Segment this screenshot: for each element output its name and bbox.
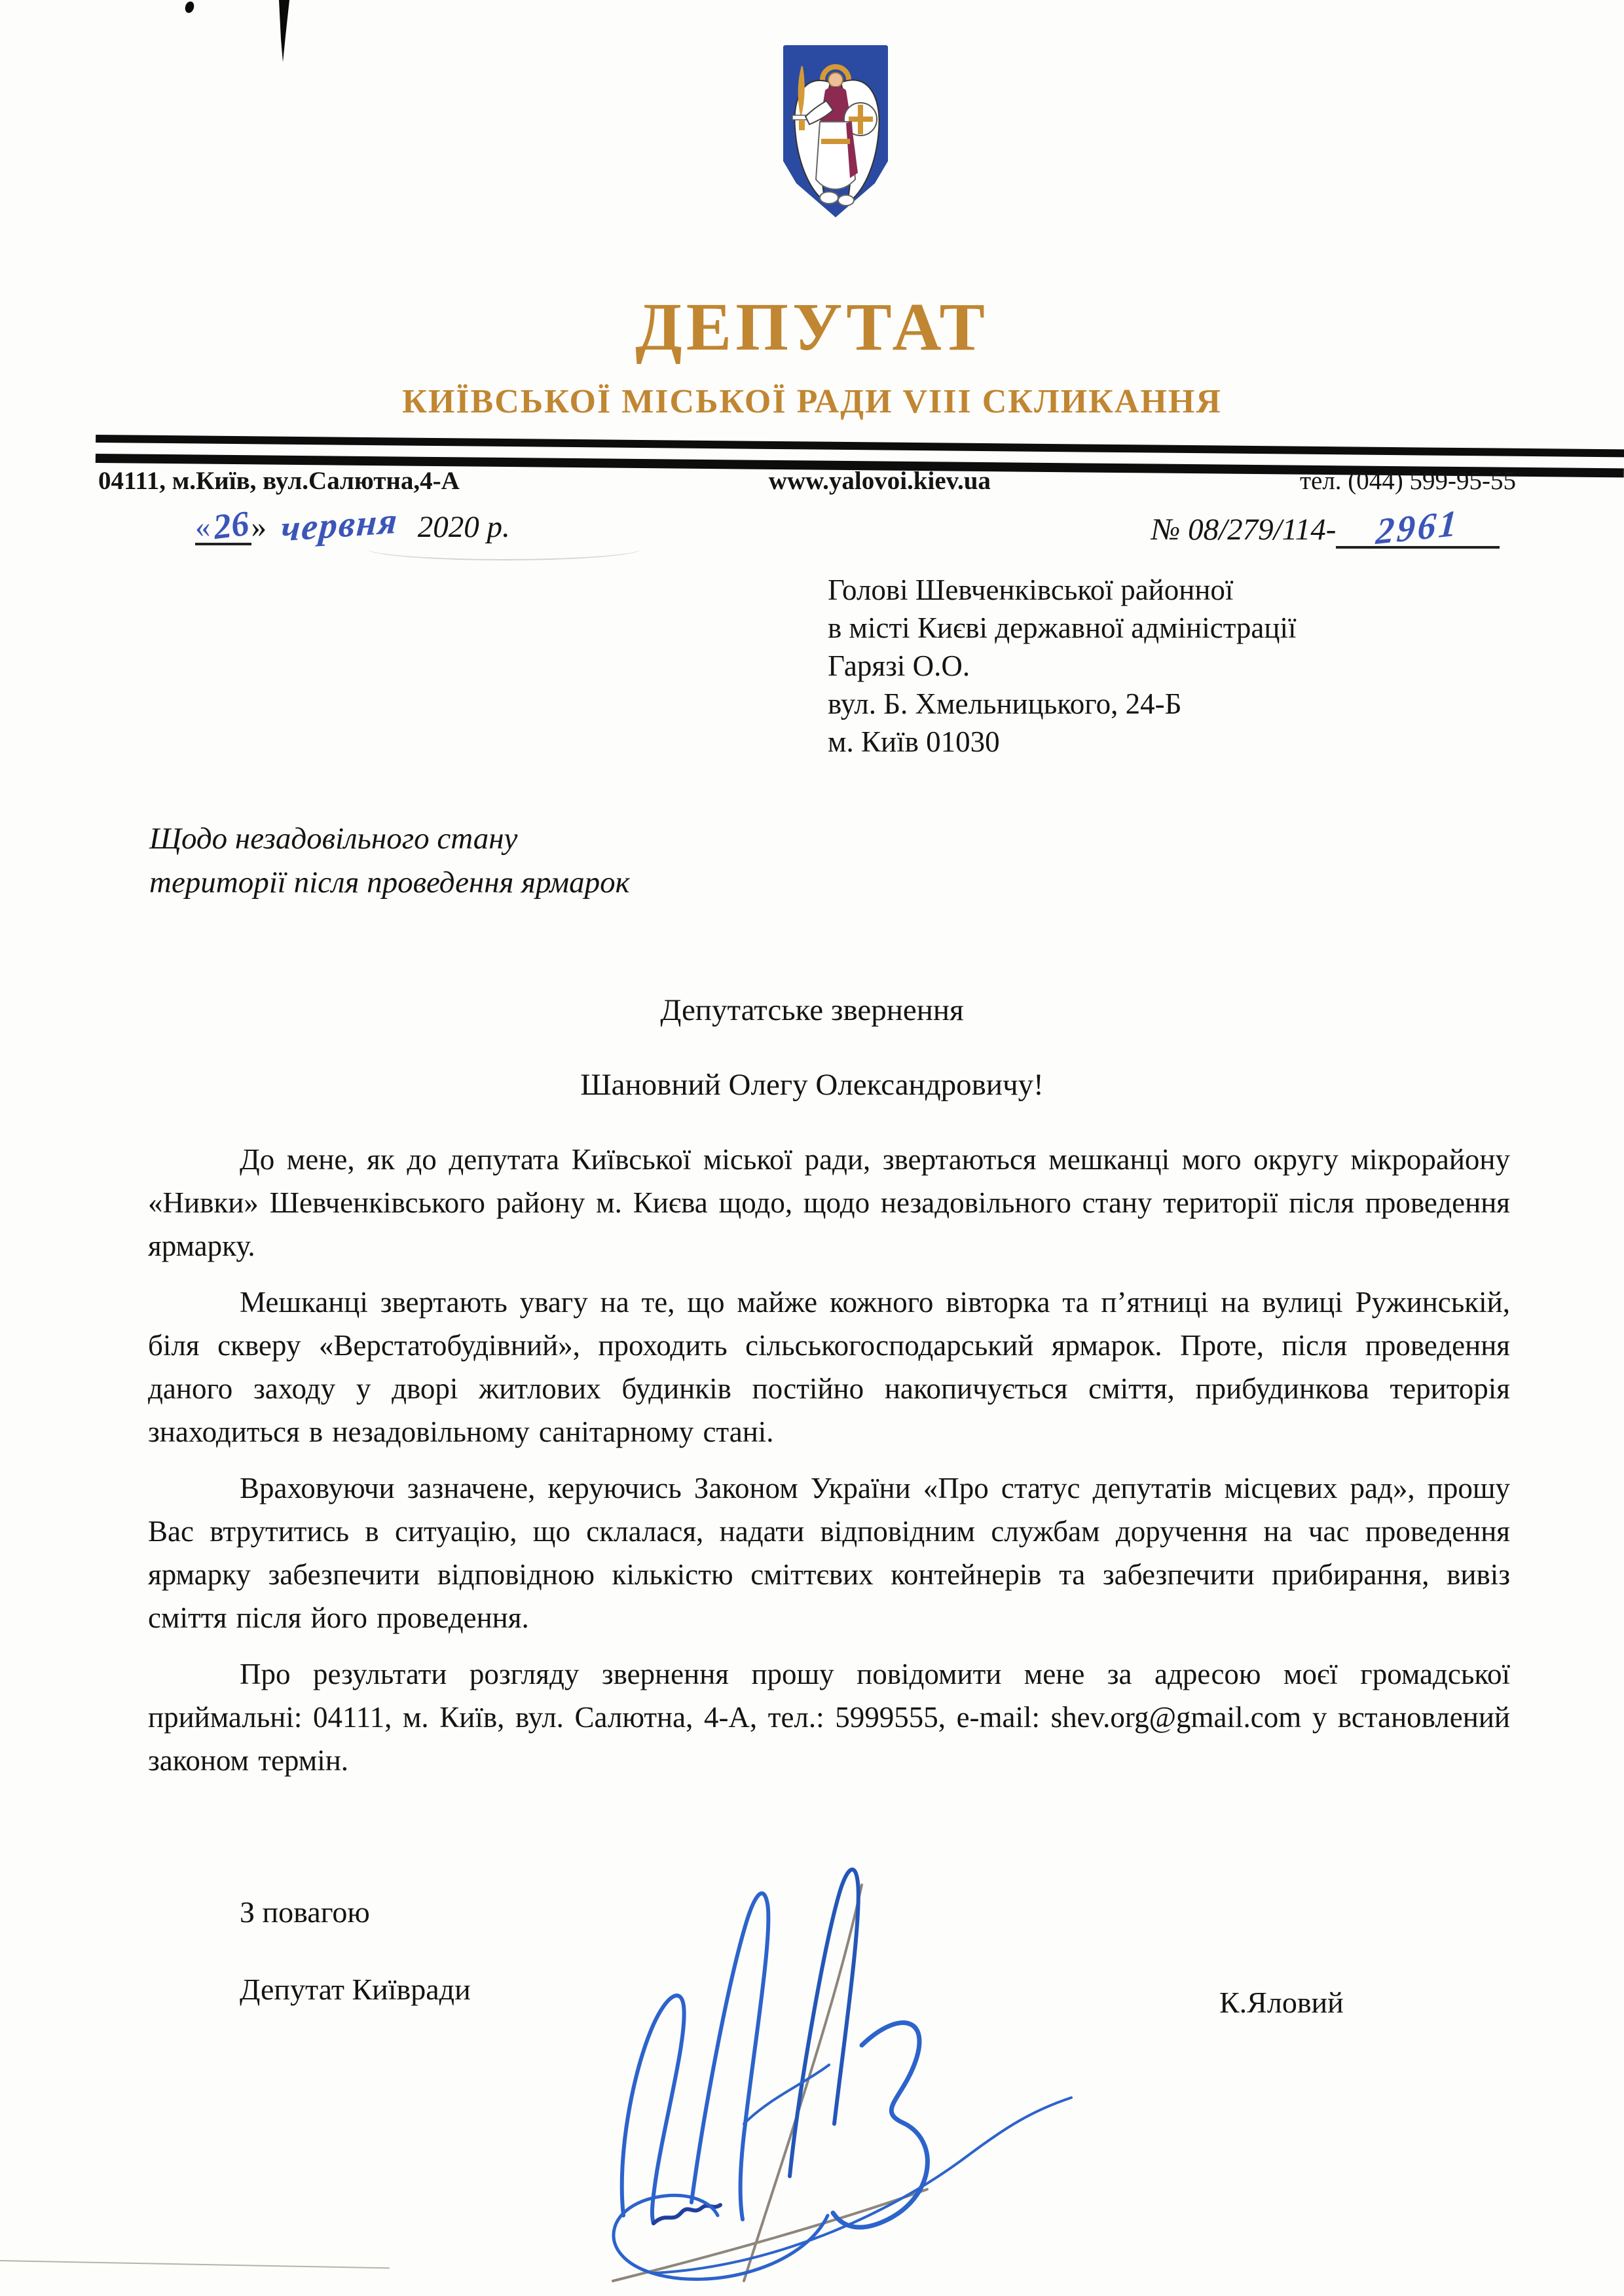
reference-number-line: № 08/279/114-2961 <box>1151 509 1500 549</box>
website: www.yalovoi.kiev.ua <box>769 466 991 496</box>
subject-line: території після проведення ярмарок <box>149 861 630 905</box>
subject-line: Щодо незадовільного стану <box>149 817 630 861</box>
date-line: «26» червня 2020 р. <box>195 504 510 546</box>
signature-scribble <box>495 1849 1111 2294</box>
handwritten-quote-open: « <box>195 510 211 544</box>
salutation-heading: Шановний Олегу Олександровичу! <box>0 1067 1624 1102</box>
recipient-line: Гарязі О.О. <box>828 647 1296 685</box>
office-address: 04111, м.Київ, вул.Салютна,4-А <box>98 466 460 496</box>
document-type-heading: Депутатське звернення <box>0 993 1624 1028</box>
recipient-line: Голові Шевченківської районної <box>828 571 1296 609</box>
recipient-line: м. Київ 01030 <box>828 723 1296 761</box>
body-paragraph: Мешканці звертають увагу на те, що майже… <box>148 1281 1510 1453</box>
recipient-line: вул. Б. Хмельницького, 24-Б <box>828 685 1296 723</box>
subject-block: Щодо незадовільного стану території післ… <box>149 817 630 905</box>
printed-year: 2020 р. <box>418 510 510 544</box>
phone: тел. (044) 599-95-55 <box>1300 466 1516 496</box>
handwritten-month: червня <box>280 500 399 551</box>
letterhead-title: ДЕПУТАТ <box>0 293 1624 361</box>
letter-body: До мене, як до депутата Київської місько… <box>148 1138 1510 1795</box>
handwritten-reference-number: 2961 <box>1375 505 1461 551</box>
body-paragraph: Про результати розгляду звернення прошу … <box>148 1652 1510 1782</box>
ink-artifact-dot <box>184 0 196 14</box>
scan-artifact-line <box>0 2260 390 2269</box>
body-paragraph: До мене, як до депутата Київської місько… <box>148 1138 1510 1267</box>
signer-position: Депутат Київради <box>240 1972 471 2007</box>
contact-row: 04111, м.Київ, вул.Салютна,4-А www.yalov… <box>98 466 1516 496</box>
body-paragraph: Враховуючи зазначене, керуючись Законом … <box>148 1467 1510 1639</box>
scanned-letter-page: ДЕПУТАТ КИЇВСЬКОЇ МІСЬКОЇ РАДИ VIII СКЛИ… <box>0 0 1624 2296</box>
letterhead-subtitle: КИЇВСЬКОЇ МІСЬКОЇ РАДИ VIII СКЛИКАННЯ <box>0 385 1624 419</box>
recipient-line: в місті Києві державної адміністрації <box>828 609 1296 647</box>
closing-regards: З повагою <box>240 1895 370 1929</box>
recipient-block: Голові Шевченківської районної в місті К… <box>828 571 1296 761</box>
ink-artifact-streak <box>277 0 291 62</box>
reference-number-label: № 08/279/114- <box>1151 513 1336 547</box>
handwritten-day: 26 <box>208 505 253 545</box>
kyiv-coat-of-arms-icon <box>778 43 893 221</box>
signer-name: К.Яловий <box>1219 1985 1344 2020</box>
quote-close: » <box>251 510 267 544</box>
